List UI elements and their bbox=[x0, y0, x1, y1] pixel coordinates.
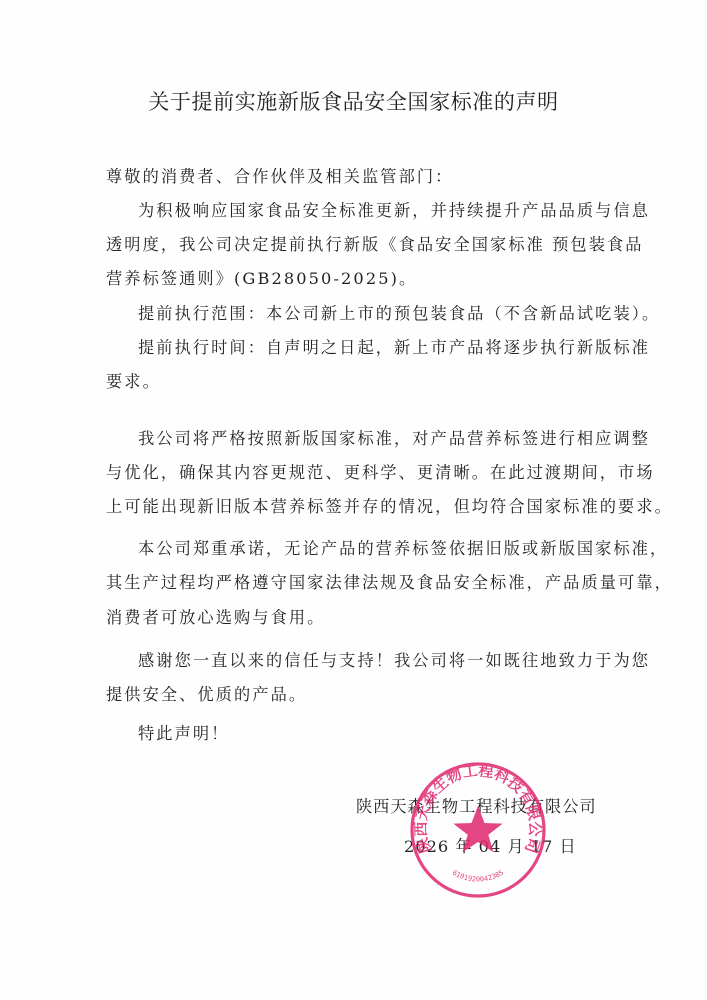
paragraph-4-line-3: 上可能出现新旧版本营养标签并存的情况，但均符合国家标准的要求。 bbox=[106, 496, 606, 518]
signature-date: 2026 年 04 月 17 日 bbox=[404, 833, 577, 857]
paragraph-1-line-3: 营养标签通则》(GB28050-2025)。 bbox=[106, 268, 606, 290]
paragraph-6-line-1: 感谢您一直以来的信任与支持！我公司将一如既往地致力于为您 bbox=[138, 650, 638, 672]
paragraph-5-line-2: 其生产过程均严格遵守国家法律法规及食品安全标准，产品质量可靠， bbox=[106, 572, 606, 594]
paragraph-1-line-2: 透明度，我公司决定提前执行新版《食品安全国家标准 预包装食品 bbox=[106, 234, 606, 256]
company-seal-stamp: 陕西天森生物工程科技有限公司 6101920042385 bbox=[408, 760, 548, 900]
closing-statement: 特此声明！ bbox=[138, 723, 638, 745]
paragraph-3-line-2: 要求。 bbox=[106, 371, 606, 393]
paragraph-5-line-1: 本公司郑重承诺，无论产品的营养标签依据旧版或新版国家标准， bbox=[138, 538, 638, 560]
svg-text:6101920042385: 6101920042385 bbox=[451, 869, 505, 884]
paragraph-4-line-2: 与优化，确保其内容更规范、更科学、更清晰。在此过渡期间，市场 bbox=[106, 462, 606, 484]
stamp-code: 6101920042385 bbox=[451, 869, 505, 884]
paragraph-3-line-1: 提前执行时间：自声明之日起，新上市产品将逐步执行新版标准 bbox=[138, 337, 638, 359]
document-title: 关于提前实施新版食品安全国家标准的声明 bbox=[0, 86, 707, 116]
document-page: 关于提前实施新版食品安全国家标准的声明 尊敬的消费者、合作伙伴及相关监管部门： … bbox=[0, 0, 707, 1000]
signature-company: 陕西天森生物工程科技有限公司 bbox=[356, 793, 597, 817]
paragraph-6-line-2: 提供安全、优质的产品。 bbox=[106, 684, 606, 706]
paragraph-4-line-1: 我公司将严格按照新版国家标准，对产品营养标签进行相应调整 bbox=[138, 428, 638, 450]
paragraph-1-line-1: 为积极响应国家食品安全标准更新，并持续提升产品品质与信息 bbox=[138, 200, 638, 222]
paragraph-2-line-1: 提前执行范围：本公司新上市的预包装食品（不含新品试吃装）。 bbox=[138, 303, 638, 325]
salutation: 尊敬的消费者、合作伙伴及相关监管部门： bbox=[106, 166, 606, 188]
paragraph-5-line-3: 消费者可放心选购与食用。 bbox=[106, 607, 606, 629]
